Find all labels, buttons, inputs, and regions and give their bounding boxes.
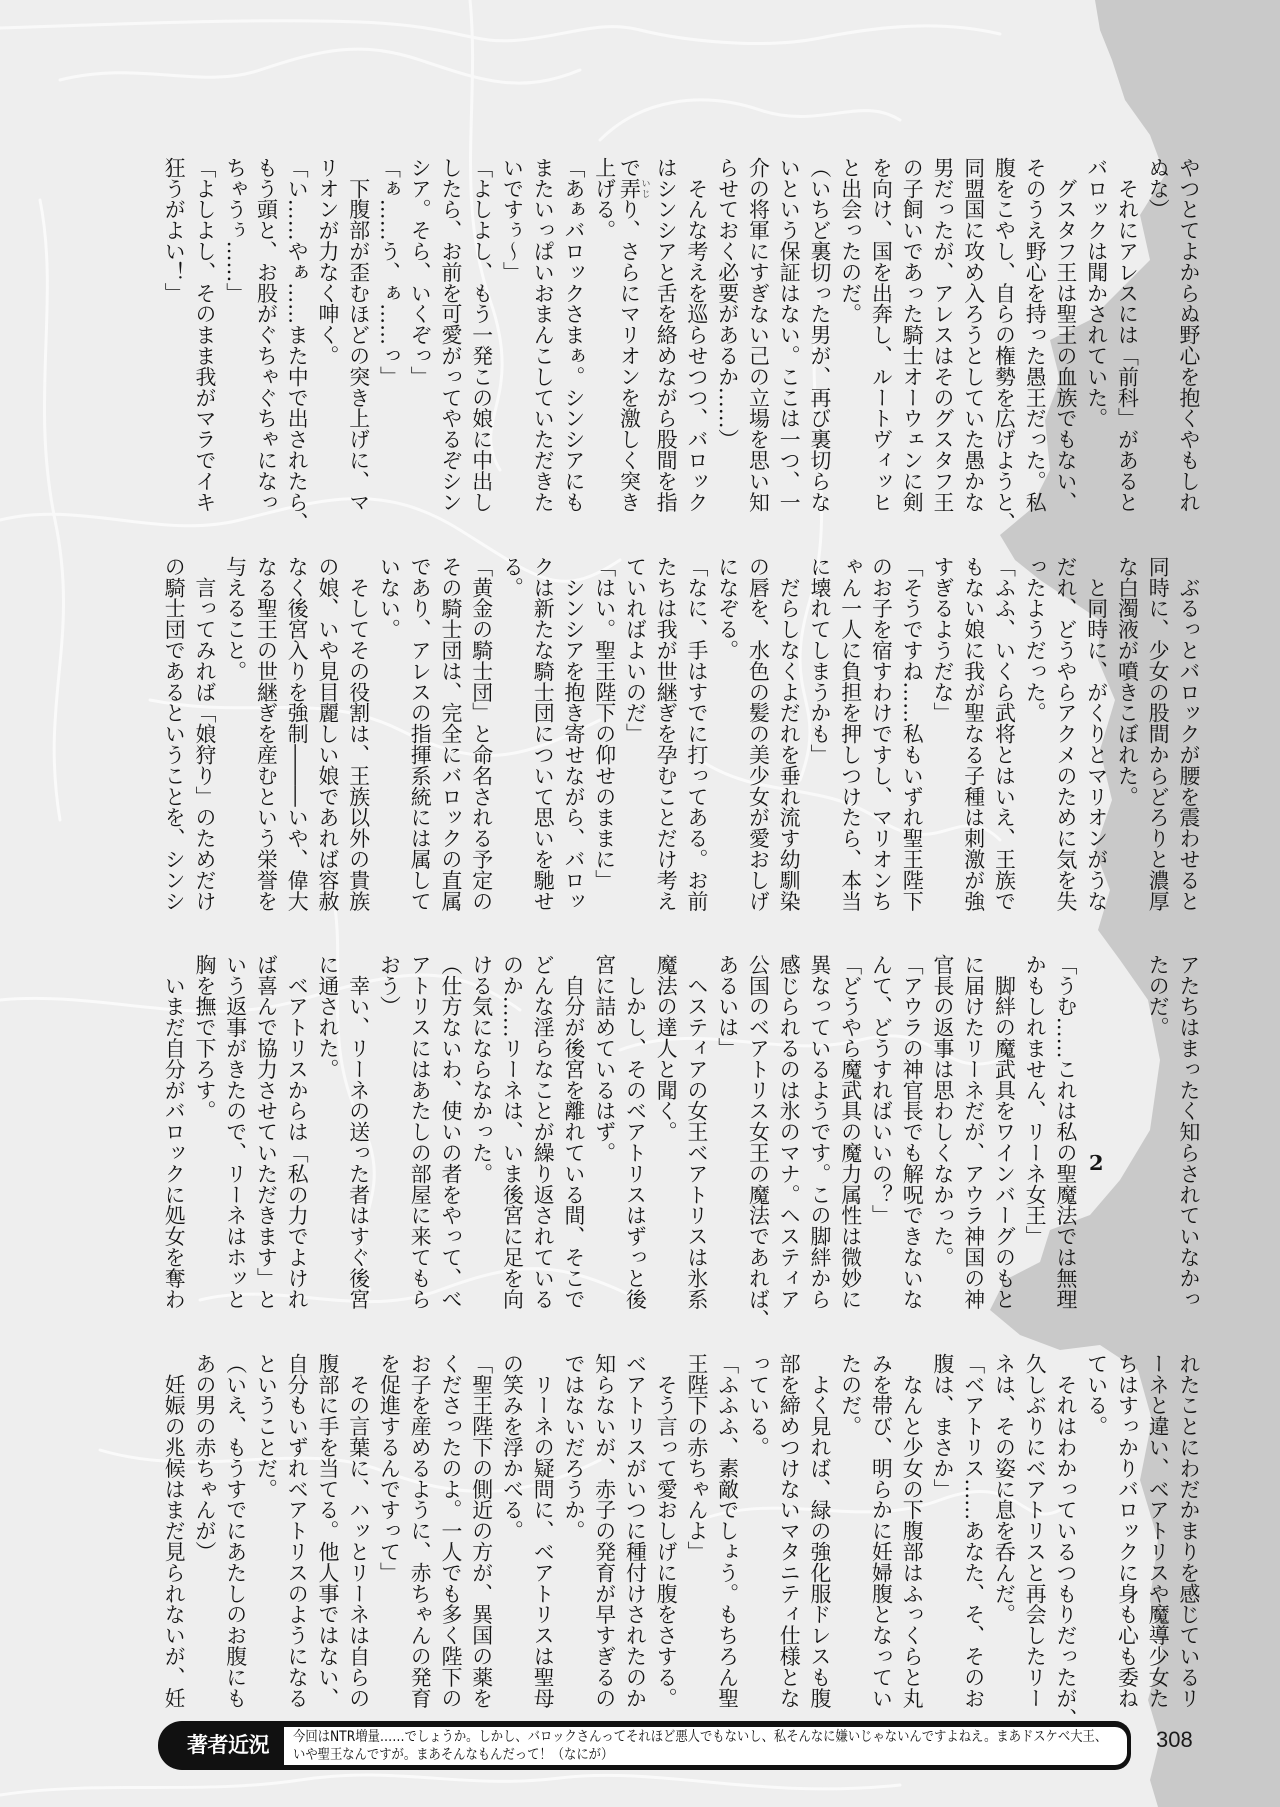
text-column: それにアレスには「前科」があると bbox=[1111, 157, 1142, 513]
text-column: しかし、そのベアトリスはずっと後 bbox=[619, 954, 650, 1310]
text-column: だれ、どうやらアクメのために気を失 bbox=[1049, 556, 1080, 912]
ruby-base: 弄 bbox=[617, 178, 641, 199]
text-column: 妊娠の兆候はまだ見られないが、妊 bbox=[158, 1353, 189, 1709]
text-column: 自分もいずれベアトリスのようになる bbox=[281, 1353, 312, 1709]
text-column: 「はい。聖王陛下の仰せのままに」 bbox=[588, 556, 619, 912]
text-column: の娘、いや見目麗しい娘であれば容赦 bbox=[311, 556, 342, 912]
author-note-line: 今回はNTR増量……でしょうか。しかし、バロックさんってそれほど悪人でもないし、… bbox=[293, 1728, 1027, 1746]
text-column: やつとてよからぬ野心を抱くやもしれ bbox=[1172, 157, 1203, 513]
text-column: 同時に、少女の股間からどろりと濃厚 bbox=[1142, 556, 1173, 912]
text-column: （いえ、もうすでにあたしのお腹にも bbox=[219, 1353, 250, 1709]
text-column: 「ふふふ、素敵でしょう。もちろん聖 bbox=[711, 1353, 742, 1709]
text-column: ゃん一人に負担を押しつけたら、本当 bbox=[834, 556, 865, 912]
text-column: グスタフ王は聖王の血族でもない、 bbox=[1049, 157, 1080, 513]
text-column: ている。 bbox=[1080, 1353, 1111, 1709]
text-column: 「どうやら魔武具の魔力属性は微妙に bbox=[834, 954, 865, 1310]
text-column: ったようだった。 bbox=[1019, 556, 1050, 912]
text-column: 「黄金の騎士団」と命名される予定の bbox=[465, 556, 496, 912]
text-column: アトリスにはあたしの部屋に来てもら bbox=[404, 954, 435, 1310]
text-column: ちゃうぅ……」 bbox=[219, 157, 250, 513]
text-column: を促進するんですって」 bbox=[373, 1353, 404, 1709]
text-column: 脚絆の魔武具をワインバーグのもと bbox=[988, 954, 1019, 1310]
text-column: いという保証はない。ここは一つ、一 bbox=[773, 157, 804, 513]
text-column: 公国のベアトリス女王の魔法であれば、 bbox=[742, 954, 773, 1310]
text-column: おう） bbox=[373, 954, 404, 1310]
text-column: 「ベアトリス……あなた、そ、そのお bbox=[957, 1353, 988, 1709]
text-column: どんな淫らなことが繰り返されている bbox=[527, 954, 558, 1310]
text-column: ば喜んで協力させていただきます」と bbox=[250, 954, 281, 1310]
text-column: の子飼いであった騎士オーウェンに剣 bbox=[896, 157, 927, 513]
text-column: 幸い、リーネの送った者はすぐ後宮 bbox=[342, 954, 373, 1310]
text-column: （仕方ないわ、使いの者をやって、べ bbox=[434, 954, 465, 1310]
text-segment: り、さらにマリオンを激しく突き bbox=[617, 199, 641, 513]
text-column: ベアトリスからは「私の力でよけれ bbox=[281, 954, 312, 1310]
section-number: 2 bbox=[1080, 954, 1111, 1310]
text-column: 「よしよし、そのまま我がマラでイキ bbox=[188, 157, 219, 513]
text-column: と同時に、がくりとマリオンがうな bbox=[1080, 556, 1111, 912]
text-column: んて、どうすればいいの？」 bbox=[865, 954, 896, 1310]
text-column: もう頭と、お股がぐちゃぐちゃになっ bbox=[250, 157, 281, 513]
author-note-box: 著者近況 今回はNTR増量……でしょうか。しかし、バロックさんってそれほど悪人で… bbox=[158, 1721, 1131, 1770]
text-column: なんと少女の下腹部はふっくらと丸 bbox=[896, 1353, 927, 1709]
text-column: そう言って愛おしげに腹をさする。 bbox=[650, 1353, 681, 1709]
text-column: 腹は、まさか」 bbox=[926, 1353, 957, 1709]
text-column: 「そうですね……私もいずれ聖王陛下 bbox=[896, 556, 927, 912]
text-column: あの男の赤ちゃんが） bbox=[188, 1353, 219, 1709]
text-column: リオンが力なく呻く。 bbox=[311, 157, 342, 513]
text-column: の騎士団であるということを、シンシ bbox=[158, 556, 189, 912]
text-band-1: やつとてよからぬ野心を抱くやもしれ ぬな） それにアレスには「前科」があると バ… bbox=[157, 157, 1203, 513]
text-column: もない娘に我が聖なる子種は刺激が強 bbox=[957, 556, 988, 912]
text-column: 狂うがよい！」 bbox=[158, 157, 189, 513]
text-column: な白濁液が噴きこぼれた。 bbox=[1111, 556, 1142, 912]
text-column: に届けたリーネだが、アウラ神国の神 bbox=[957, 954, 988, 1310]
text-column: はシンシアと舌を絡めながら股間を指 bbox=[650, 157, 681, 513]
text-column: そんな考えを巡らせつつ、バロック bbox=[680, 157, 711, 513]
text-column: 腹をこやし、自らの権勢を広げようと、 bbox=[988, 157, 1019, 513]
text-column: たのだ。 bbox=[834, 1353, 865, 1709]
text-column: みを帯び、明らかに妊婦腹となってい bbox=[865, 1353, 896, 1709]
text-column: 腹部に手を当てる。他人事ではない、 bbox=[311, 1353, 342, 1709]
text-column: すぎるようだな」 bbox=[926, 556, 957, 912]
book-page: やつとてよからぬ野心を抱くやもしれ ぬな） それにアレスには「前科」があると バ… bbox=[0, 0, 1280, 1807]
text-column: そのうえ野心を持った愚王だった。私 bbox=[1019, 157, 1050, 513]
text-column: それはわかっているつもりだったが、 bbox=[1049, 1353, 1080, 1709]
text-column: たちは我が世継ぎを孕むことだけ考え bbox=[650, 556, 681, 912]
ruby-annotation: 弄いじ bbox=[617, 178, 641, 199]
text-column: 自分が後宮を離れている間、そこで bbox=[557, 954, 588, 1310]
page-number: 308 bbox=[1156, 1727, 1193, 1753]
text-column: 下腹部が歪むほどの突き上げに、マ bbox=[342, 157, 373, 513]
text-column: 「なに、手はすでに打ってある。お前 bbox=[680, 556, 711, 912]
text-column: シア。そら、いくぞっ」 bbox=[404, 157, 435, 513]
text-column: 「あぁバロックさまぁ。シンシアにも bbox=[557, 157, 588, 513]
text-column: 久しぶりにベアトリスと再会したリー bbox=[1019, 1353, 1050, 1709]
text-column: 宮に詰めているはず。 bbox=[588, 954, 619, 1310]
text-column: 「よしよし、もう一発この娘に中出し bbox=[465, 157, 496, 513]
text-band-2: ぶるっとバロックが腰を震わせると 同時に、少女の股間からどろりと濃厚 な白濁液が… bbox=[157, 556, 1203, 912]
text-column: （いちど裏切った男が、再び裏切らな bbox=[803, 157, 834, 513]
text-column: たのだ。 bbox=[1142, 954, 1173, 1310]
text-column: を向け、国を出奔し、ルートヴィッヒ bbox=[865, 157, 896, 513]
text-column: っている。 bbox=[742, 1353, 773, 1709]
text-column: ーネと違い、ベアトリスや魔導少女た bbox=[1142, 1353, 1173, 1709]
text-column: お子を産めるように、赤ちゃんの発育 bbox=[404, 1353, 435, 1709]
text-column: ではないだろうか。 bbox=[557, 1353, 588, 1709]
text-column: ていればよいのだ」 bbox=[619, 556, 650, 912]
text-column: ちはすっかりバロックに身も心も委ね bbox=[1111, 1353, 1142, 1709]
text-column: 王陛下の赤ちゃんよ」 bbox=[680, 1353, 711, 1709]
text-column: バロックは聞かされていた。 bbox=[1080, 157, 1111, 513]
text-column: したら、お前を可愛がってやるぞシン bbox=[434, 157, 465, 513]
text-column: よく見れば、緑の強化服ドレスも腹 bbox=[803, 1353, 834, 1709]
text-column: ヘスティアの女王ベアトリスは氷系 bbox=[680, 954, 711, 1310]
text-column: 「聖王陛下の側近の方が、異国の薬を bbox=[465, 1353, 496, 1709]
text-column: なく後宮入りを強制―――いや、偉大 bbox=[281, 556, 312, 912]
text-column: になぞる。 bbox=[711, 556, 742, 912]
text-column: 感じられるのは氷のマナ。ヘスティア bbox=[773, 954, 804, 1310]
text-column: ベアトリスがいつに種付けされたのか bbox=[619, 1353, 650, 1709]
text-column: シンシアを抱き寄せながら、バロッ bbox=[557, 556, 588, 912]
text-column: のお子を宿すわけですし、マリオンち bbox=[865, 556, 896, 912]
text-column: に通された。 bbox=[311, 954, 342, 1310]
text-column: ネは、その姿に息を呑んだ。 bbox=[988, 1353, 1019, 1709]
text-column: であり、アレスの指揮系統には属して bbox=[404, 556, 435, 912]
text-column: 異なっているようです。この脚絆から bbox=[803, 954, 834, 1310]
text-column: そしてその役割は、王族以外の貴族 bbox=[342, 556, 373, 912]
text-column: 「アウラの神官長でも解呪できないな bbox=[896, 954, 927, 1310]
ruby-reading: いじ bbox=[640, 178, 650, 199]
text-column: アたちはまったく知らされていなかっ bbox=[1172, 954, 1203, 1310]
text-segment: で bbox=[617, 157, 641, 178]
text-column: 魔法の達人と聞く。 bbox=[650, 954, 681, 1310]
author-note-text-box: 今回はNTR増量……でしょうか。しかし、バロックさんってそれほど悪人でもないし、… bbox=[284, 1727, 1127, 1765]
text-column: 「い……やぁ……また中で出されたら、 bbox=[281, 157, 312, 513]
text-column: 言ってみれば「娘狩り」のためだけ bbox=[188, 556, 219, 912]
text-column: 介の将軍にすぎない己の立場を思い知 bbox=[742, 157, 773, 513]
text-column: その言葉に、ハッとリーネは自らの bbox=[342, 1353, 373, 1709]
text-column-with-ruby: で弄いじり、さらにマリオンを激しく突き bbox=[619, 157, 650, 513]
text-column: 官長の返事は思わしくなかった。 bbox=[926, 954, 957, 1310]
text-column: らせておく必要があるか……） bbox=[711, 157, 742, 513]
text-column: 男だったが、アレスはそのグスタフ王 bbox=[926, 157, 957, 513]
text-band-4: れたことにわだかまりを感じているリ ーネと違い、ベアトリスや魔導少女た ちはすっ… bbox=[157, 1353, 1203, 1709]
text-column: くださったのよ。一人でも多く陛下の bbox=[434, 1353, 465, 1709]
text-column: あるいは」 bbox=[711, 954, 742, 1310]
author-note-line: いや聖王なんですが。まあそんなもんだって！（なにが） bbox=[293, 1746, 1027, 1764]
text-column: かもしれません、リーネ女王」 bbox=[1019, 954, 1050, 1310]
text-column: 「ふふ、いくら武将とはいえ、王族で bbox=[988, 556, 1019, 912]
text-column: ける気にならなかった。 bbox=[465, 954, 496, 1310]
text-column: ということだ。 bbox=[250, 1353, 281, 1709]
text-column: いですぅ～」 bbox=[496, 157, 527, 513]
text-column: なる聖王の世継ぎを産むという栄誉を bbox=[250, 556, 281, 912]
text-column: る。 bbox=[496, 556, 527, 912]
text-column: に壊れてしまうかも」 bbox=[803, 556, 834, 912]
text-column: その騎士団は、完全にバロックの直属 bbox=[434, 556, 465, 912]
text-column: いまだ自分がバロックに処女を奪わ bbox=[158, 954, 189, 1310]
author-note-label: 著者近況 bbox=[187, 1721, 269, 1770]
text-column: れたことにわだかまりを感じているリ bbox=[1172, 1353, 1203, 1709]
text-column: いう返事がきたので、リーネはホッと bbox=[219, 954, 250, 1310]
text-column: のか……リーネは、いま後宮に足を向 bbox=[496, 954, 527, 1310]
text-column: と出会ったのだ。 bbox=[834, 157, 865, 513]
text-column: クは新たな騎士団について思いを馳せ bbox=[527, 556, 558, 912]
blank-column bbox=[1111, 954, 1142, 1310]
text-column: 部を締めつけないマタニティ仕様とな bbox=[773, 1353, 804, 1709]
text-column: 「うむ……これは私の聖魔法では無理 bbox=[1049, 954, 1080, 1310]
text-column: の唇を、水色の髪の美少女が愛おしげ bbox=[742, 556, 773, 912]
text-column: だらしなくよだれを垂れ流す幼馴染 bbox=[773, 556, 804, 912]
text-column: 同盟国に攻め入ろうとしていた愚かな bbox=[957, 157, 988, 513]
text-column: 与えること。 bbox=[219, 556, 250, 912]
text-column: 知らないが、赤子の発育が早すぎるの bbox=[588, 1353, 619, 1709]
text-band-3: アたちはまったく知らされていなかっ たのだ。 2 「うむ……これは私の聖魔法では… bbox=[157, 954, 1203, 1310]
text-column: リーネの疑問に、ベアトリスは聖母 bbox=[527, 1353, 558, 1709]
text-column: またいっぱいおまんこしていただきた bbox=[527, 157, 558, 513]
text-column: の笑みを浮かべる。 bbox=[496, 1353, 527, 1709]
text-column: ぶるっとバロックが腰を震わせると bbox=[1172, 556, 1203, 912]
text-column: 「ぁ……う、ぁ……っ」 bbox=[373, 157, 404, 513]
text-column: ぬな） bbox=[1142, 157, 1173, 513]
text-column: 胸を撫で下ろす。 bbox=[188, 954, 219, 1310]
text-column: いない。 bbox=[373, 556, 404, 912]
